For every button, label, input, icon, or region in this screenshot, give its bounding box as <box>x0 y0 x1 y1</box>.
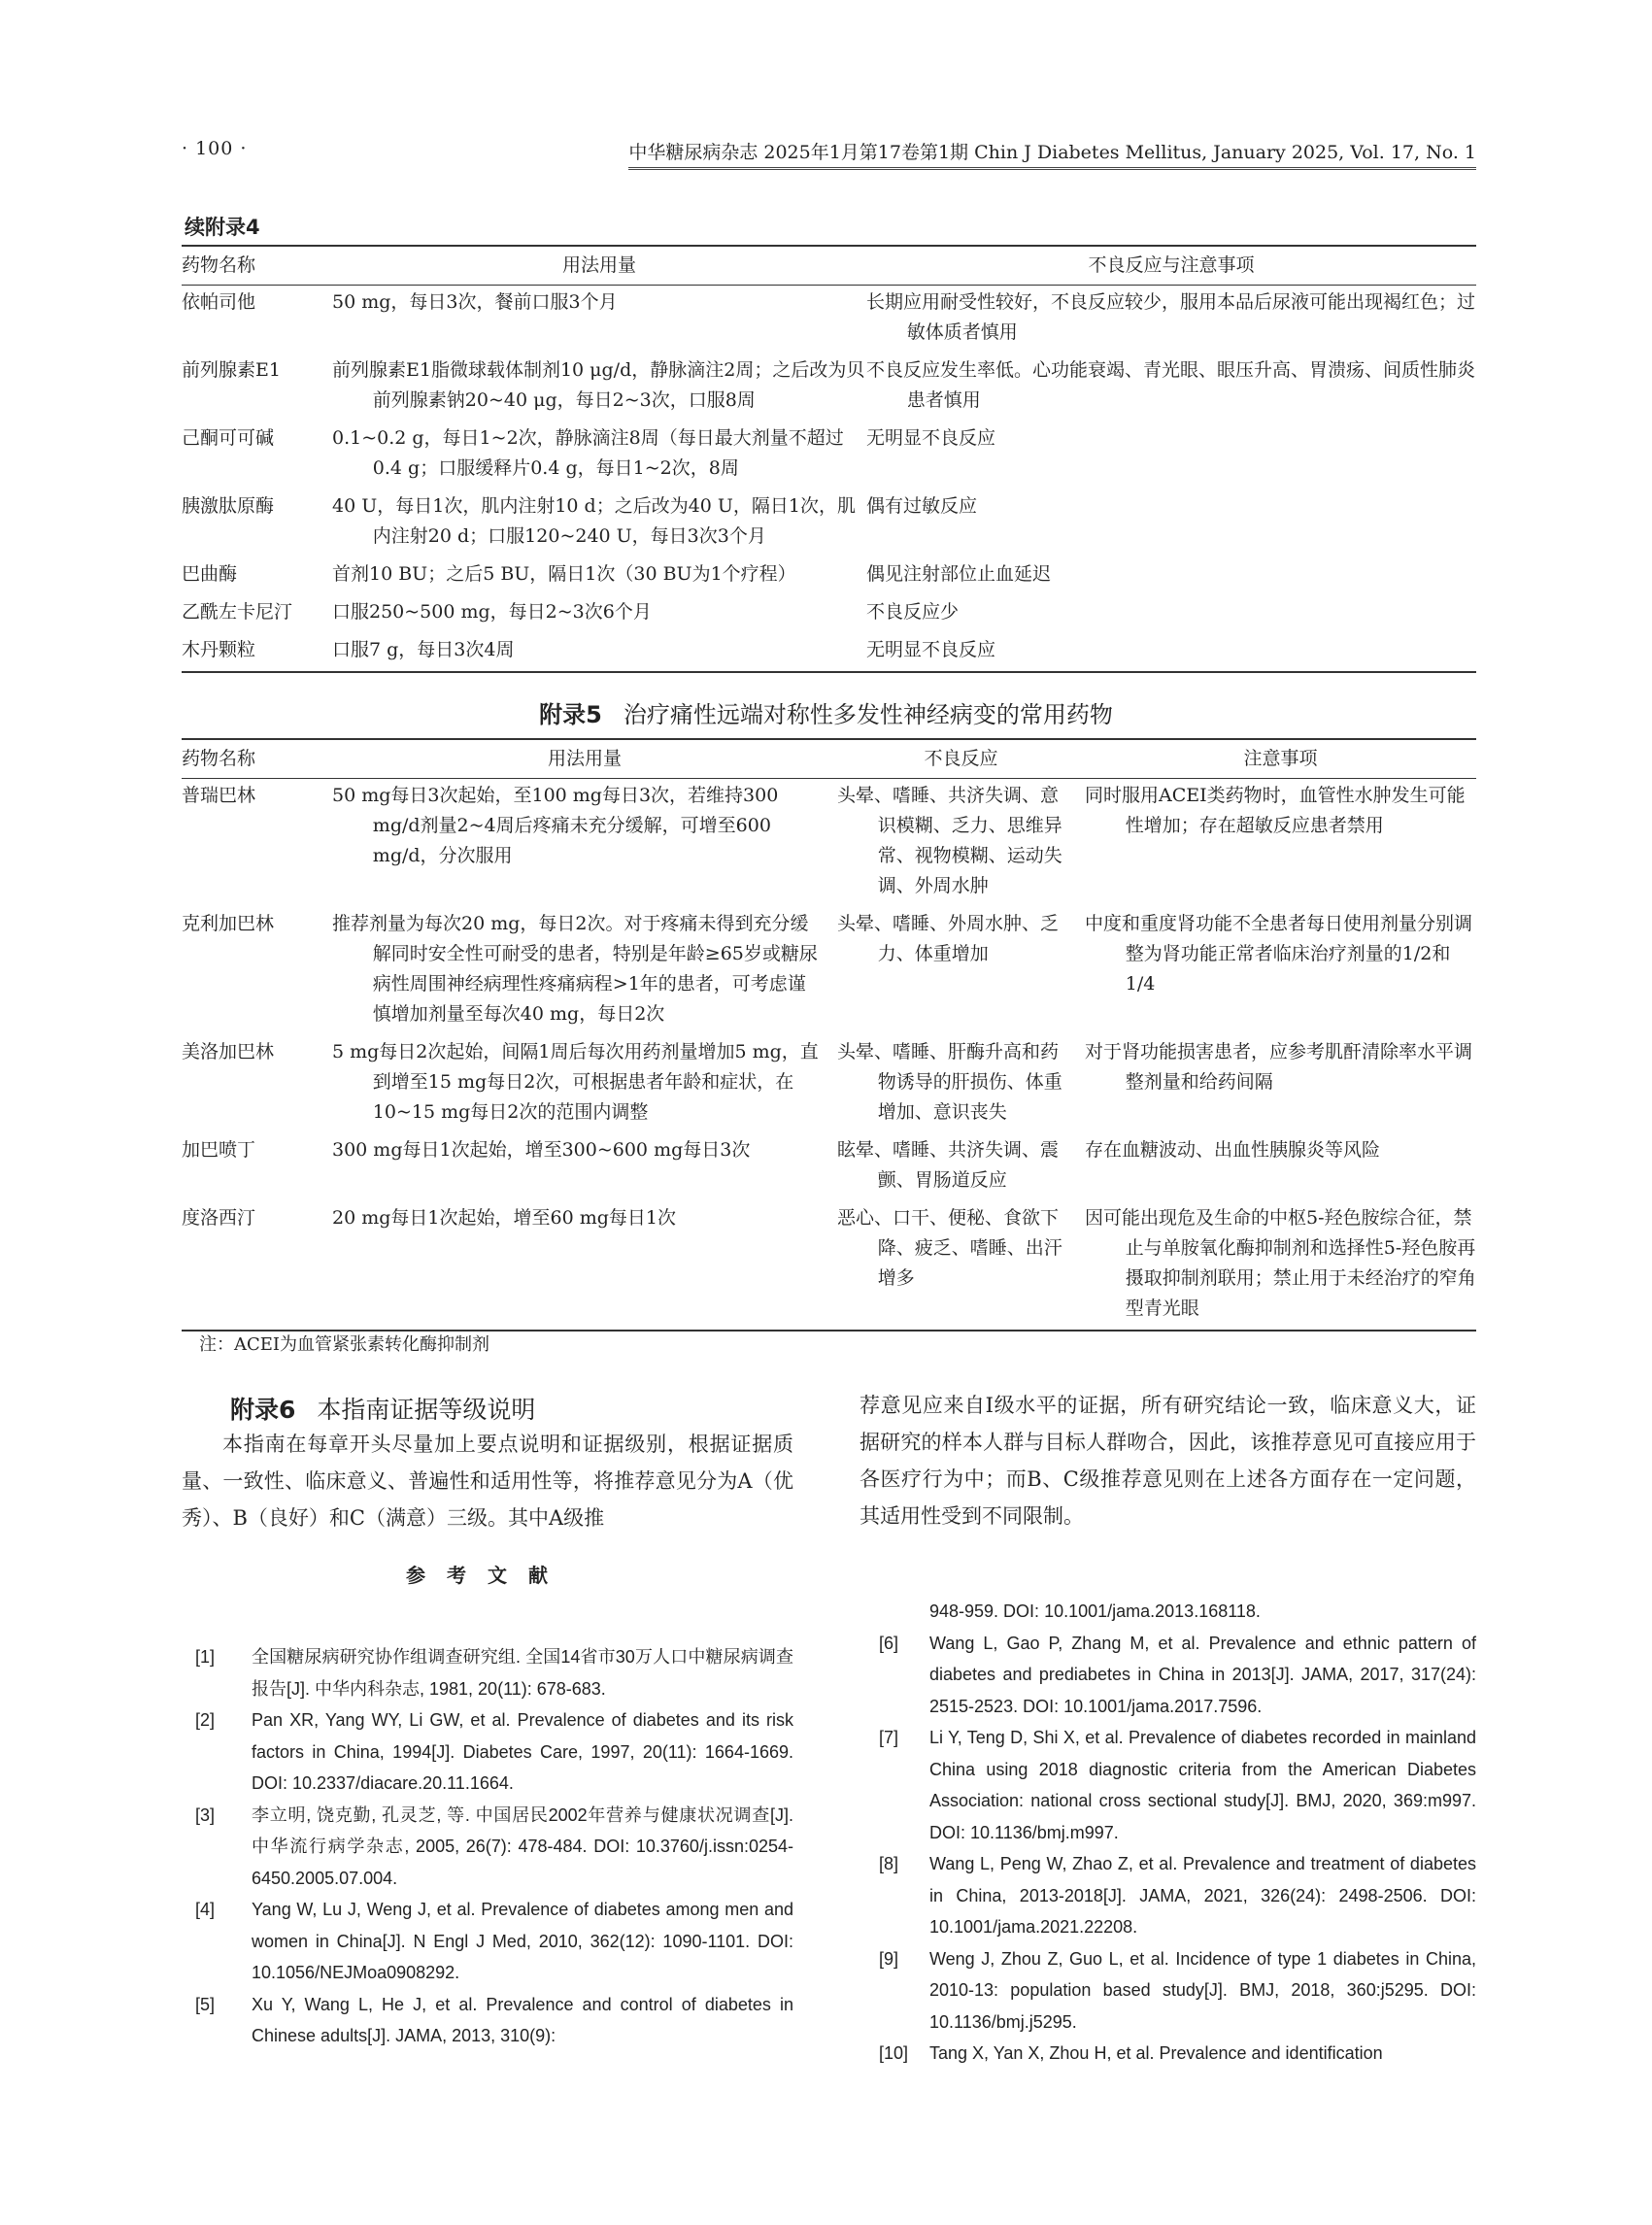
drug-name-cell-text: 胰激肽原酶 <box>182 491 322 522</box>
reference-item: [7]Li Y, Teng D, Shi X, et al. Prevalenc… <box>860 1722 1476 1848</box>
adverse-notes-cell: 不良反应少 <box>866 595 1476 633</box>
adverse-notes-cell-text: 偶有过敏反应 <box>866 491 1476 522</box>
table-row: 度洛西汀20 mg每日1次起始，增至60 mg每日1次恶心、口干、便秘、食欲下降… <box>182 1201 1476 1331</box>
table-row: 巴曲酶首剂10 BU；之后5 BU，隔日1次（30 BU为1个疗程）偶见注射部位… <box>182 557 1476 595</box>
drug-name-cell: 普瑞巴林 <box>182 779 332 908</box>
adverse-cell: 眩晕、嗜睡、共济失调、震颤、胃肠道反应 <box>837 1133 1085 1201</box>
appendix5-title: 治疗痛性远端对称性多发性神经病变的常用药物 <box>624 701 1113 728</box>
notes-cell-text: 对于肾功能损害患者，应参考肌酐清除率水平调整剂量和给药间隔 <box>1085 1037 1476 1097</box>
dosage-cell-text: 前列腺素E1脂微球载体制剂10 μg/d，静脉滴注2周；之后改为贝前列腺素钠20… <box>332 355 866 416</box>
reference-text: Wang L, Gao P, Zhang M, et al. Prevalenc… <box>929 1634 1476 1716</box>
dosage-cell: 20 mg每日1次起始，增至60 mg每日1次 <box>332 1201 837 1331</box>
notes-cell: 中度和重度肾功能不全患者每日使用剂量分别调整为肾功能正常者临床治疗剂量的1/2和… <box>1085 907 1476 1035</box>
drug-name-cell-text: 依帕司他 <box>182 287 322 318</box>
appendix5-caption: 附录5治疗痛性远端对称性多发性神经病变的常用药物 <box>0 695 1652 729</box>
adverse-cell-text: 眩晕、嗜睡、共济失调、震颤、胃肠道反应 <box>837 1135 1063 1196</box>
reference-number: [2] <box>195 1704 215 1736</box>
drug-name-cell: 木丹颗粒 <box>182 633 332 672</box>
references-left-column: [1]全国糖尿病研究协作组调查研究组. 全国14省市30万人口中糖尿病调查报告[… <box>182 1641 793 2052</box>
table-row: 美洛加巴林5 mg每日2次起始，间隔1周后每次用药剂量增加5 mg，直到增至15… <box>182 1035 1476 1133</box>
drug-name-cell: 前列腺素E1 <box>182 354 332 421</box>
reference-number: [10] <box>879 2038 908 2070</box>
appendix6-heading: 附录6本指南证据等级说明 <box>182 1391 842 1426</box>
table-row: 克利加巴林推荐剂量为每次20 mg，每日2次。对于疼痛未得到充分缓解同时安全性可… <box>182 907 1476 1035</box>
reference-number: [5] <box>195 1989 215 2021</box>
reference-number: [3] <box>195 1800 215 1832</box>
table-header-row: 药物名称 用法用量 不良反应 注意事项 <box>182 739 1476 779</box>
dosage-cell-text: 首剂10 BU；之后5 BU，隔日1次（30 BU为1个疗程） <box>332 559 866 590</box>
drug-name-cell: 己酮可可碱 <box>182 421 332 489</box>
adverse-cell-text: 头晕、嗜睡、共济失调、意识模糊、乏力、思维异常、视物模糊、运动失调、外周水肿 <box>837 781 1063 901</box>
dosage-cell: 0.1~0.2 g，每日1~2次，静脉滴注8周（每日最大剂量不超过0.4 g；口… <box>332 421 866 489</box>
reference-text: Tang X, Yan X, Zhou H, et al. Prevalence… <box>929 2043 1383 2063</box>
table-row: 己酮可可碱0.1~0.2 g，每日1~2次，静脉滴注8周（每日最大剂量不超过0.… <box>182 421 1476 489</box>
dosage-cell-text: 口服250~500 mg，每日2~3次6个月 <box>332 597 866 627</box>
reference-item: [5]Xu Y, Wang L, He J, et al. Prevalence… <box>182 1989 793 2052</box>
drug-name-cell: 胰激肽原酶 <box>182 489 332 557</box>
reference-item: [10]Tang X, Yan X, Zhou H, et al. Preval… <box>860 2038 1476 2070</box>
table-footnote: 注：ACEI为血管紧张素转化酶抑制剂 <box>199 1331 489 1356</box>
dosage-cell-text: 40 U，每日1次，肌内注射10 d；之后改为40 U，隔日1次，肌内注射20 … <box>332 491 866 552</box>
reference-number: [9] <box>879 1943 898 1975</box>
reference-item: [6]Wang L, Gao P, Zhang M, et al. Preval… <box>860 1628 1476 1723</box>
drug-name-cell: 巴曲酶 <box>182 557 332 595</box>
notes-cell-text: 中度和重度肾功能不全患者每日使用剂量分别调整为肾功能正常者临床治疗剂量的1/2和… <box>1085 909 1476 999</box>
reference-number: [1] <box>195 1641 215 1673</box>
reference-item: [9]Weng J, Zhou Z, Guo L, et al. Inciden… <box>860 1943 1476 2039</box>
dosage-cell: 口服250~500 mg，每日2~3次6个月 <box>332 595 866 633</box>
drug-name-cell-text: 度洛西汀 <box>182 1203 322 1233</box>
running-header: · 100 · 中华糖尿病杂志 2025年1月第17卷第1期 Chin J Di… <box>182 136 1476 165</box>
adverse-notes-cell-text: 不良反应少 <box>866 597 1476 627</box>
adverse-notes-cell-text: 长期应用耐受性较好，不良反应较少，服用本品后尿液可能出现褐红色；过敏体质者慎用 <box>866 287 1476 348</box>
col-drug-name: 药物名称 <box>182 246 332 286</box>
col-drug-name: 药物名称 <box>182 739 332 779</box>
dosage-cell: 前列腺素E1脂微球载体制剂10 μg/d，静脉滴注2周；之后改为贝前列腺素钠20… <box>332 354 866 421</box>
col-adverse-notes: 不良反应与注意事项 <box>866 246 1476 286</box>
adverse-cell: 头晕、嗜睡、肝酶升高和药物诱导的肝损伤、体重增加、意识丧失 <box>837 1035 1085 1133</box>
dosage-cell-text: 0.1~0.2 g，每日1~2次，静脉滴注8周（每日最大剂量不超过0.4 g；口… <box>332 423 866 484</box>
drug-name-cell-text: 美洛加巴林 <box>182 1037 322 1067</box>
notes-cell-text: 同时服用ACEI类药物时，血管性水肿发生可能性增加；存在超敏反应患者禁用 <box>1085 781 1476 841</box>
adverse-cell-text: 头晕、嗜睡、外周水肿、乏力、体重增加 <box>837 909 1063 969</box>
drug-name-cell: 乙酰左卡尼汀 <box>182 595 332 633</box>
adverse-cell: 头晕、嗜睡、共济失调、意识模糊、乏力、思维异常、视物模糊、运动失调、外周水肿 <box>837 779 1085 908</box>
reference-number: [4] <box>195 1894 215 1926</box>
notes-cell: 因可能出现危及生命的中枢5-羟色胺综合征，禁止与单胺氧化酶抑制剂和选择性5-羟色… <box>1085 1201 1476 1331</box>
appendix4-caption: 续附录4 <box>185 212 260 241</box>
appendix6-paragraph-left: 本指南在每章开头尽量加上要点说明和证据级别，根据证据质量、一致性、临床意义、普遍… <box>182 1426 793 1536</box>
drug-name-cell-text: 加巴喷丁 <box>182 1135 322 1165</box>
dosage-cell-text: 300 mg每日1次起始，增至300~600 mg每日3次 <box>332 1135 820 1165</box>
drug-name-cell: 美洛加巴林 <box>182 1035 332 1133</box>
reference-item: [3]李立明, 饶克勤, 孔灵芝, 等. 中国居民2002年营养与健康状况调查[… <box>182 1800 793 1895</box>
table-row: 乙酰左卡尼汀口服250~500 mg，每日2~3次6个月不良反应少 <box>182 595 1476 633</box>
table-row: 木丹颗粒口服7 g，每日3次4周无明显不良反应 <box>182 633 1476 672</box>
dosage-cell: 5 mg每日2次起始，间隔1周后每次用药剂量增加5 mg，直到增至15 mg每日… <box>332 1035 837 1133</box>
drug-name-cell-text: 木丹颗粒 <box>182 635 322 665</box>
reference-item: [2]Pan XR, Yang WY, Li GW, et al. Preval… <box>182 1704 793 1800</box>
adverse-notes-cell-text: 无明显不良反应 <box>866 423 1476 454</box>
appendix6-title: 本指南证据等级说明 <box>317 1396 535 1424</box>
dosage-cell: 首剂10 BU；之后5 BU，隔日1次（30 BU为1个疗程） <box>332 557 866 595</box>
table-row: 依帕司他50 mg，每日3次，餐前口服3个月长期应用耐受性较好，不良反应较少，服… <box>182 286 1476 354</box>
drug-name-cell: 克利加巴林 <box>182 907 332 1035</box>
dosage-cell-text: 50 mg，每日3次，餐前口服3个月 <box>332 287 866 318</box>
notes-cell: 同时服用ACEI类药物时，血管性水肿发生可能性增加；存在超敏反应患者禁用 <box>1085 779 1476 908</box>
table-header-row: 药物名称 用法用量 不良反应与注意事项 <box>182 246 1476 286</box>
table-row: 普瑞巴林50 mg每日3次起始，至100 mg每日3次，若维持300 mg/d剂… <box>182 779 1476 908</box>
drug-name-cell-text: 巴曲酶 <box>182 559 322 590</box>
adverse-cell-text: 头晕、嗜睡、肝酶升高和药物诱导的肝损伤、体重增加、意识丧失 <box>837 1037 1063 1128</box>
adverse-notes-cell-text: 不良反应发生率低。心功能衰竭、青光眼、眼压升高、胃溃疡、间质性肺炎患者慎用 <box>866 355 1476 416</box>
appendix5-label: 附录5 <box>539 701 602 728</box>
notes-cell: 对于肾功能损害患者，应参考肌酐清除率水平调整剂量和给药间隔 <box>1085 1035 1476 1133</box>
reference-text: Xu Y, Wang L, He J, et al. Prevalence an… <box>252 1995 793 2046</box>
col-adverse: 不良反应 <box>837 739 1085 779</box>
reference-number: [6] <box>879 1628 898 1660</box>
references-heading: 参考文献 <box>182 1560 793 1588</box>
drug-name-cell-text: 普瑞巴林 <box>182 781 322 811</box>
notes-cell-text: 因可能出现危及生命的中枢5-羟色胺综合征，禁止与单胺氧化酶抑制剂和选择性5-羟色… <box>1085 1203 1476 1324</box>
adverse-notes-cell: 偶见注射部位止血延迟 <box>866 557 1476 595</box>
table-row: 前列腺素E1前列腺素E1脂微球载体制剂10 μg/d，静脉滴注2周；之后改为贝前… <box>182 354 1476 421</box>
adverse-notes-cell: 不良反应发生率低。心功能衰竭、青光眼、眼压升高、胃溃疡、间质性肺炎患者慎用 <box>866 354 1476 421</box>
dosage-cell-text: 口服7 g，每日3次4周 <box>332 635 866 665</box>
adverse-notes-cell-text: 无明显不良反应 <box>866 635 1476 665</box>
reference-text: Weng J, Zhou Z, Guo L, et al. Incidence … <box>929 1949 1476 2032</box>
reference-number: [8] <box>879 1848 898 1880</box>
col-dosage: 用法用量 <box>332 739 837 779</box>
notes-cell-text: 存在血糖波动、出血性胰腺炎等风险 <box>1085 1135 1476 1165</box>
drug-name-cell: 依帕司他 <box>182 286 332 354</box>
drug-name-cell-text: 乙酰左卡尼汀 <box>182 597 322 627</box>
reference-text: Yang W, Lu J, Weng J, et al. Prevalence … <box>252 1900 793 1982</box>
adverse-notes-cell: 偶有过敏反应 <box>866 489 1476 557</box>
dosage-cell-text: 20 mg每日1次起始，增至60 mg每日1次 <box>332 1203 820 1233</box>
dosage-cell: 50 mg，每日3次，餐前口服3个月 <box>332 286 866 354</box>
adverse-notes-cell: 无明显不良反应 <box>866 421 1476 489</box>
reference-item: [8]Wang L, Peng W, Zhao Z, et al. Preval… <box>860 1848 1476 1943</box>
reference-item: [4]Yang W, Lu J, Weng J, et al. Prevalen… <box>182 1894 793 1989</box>
appendix6-paragraph-right: 荐意见应来自Ⅰ级水平的证据，所有研究结论一致，临床意义大，证据研究的样本人群与目… <box>860 1387 1476 1534</box>
drug-name-cell-text: 前列腺素E1 <box>182 355 322 386</box>
reference-text: Wang L, Peng W, Zhao Z, et al. Prevalenc… <box>929 1854 1476 1937</box>
drug-name-cell: 度洛西汀 <box>182 1201 332 1331</box>
reference-text: 李立明, 饶克勤, 孔灵芝, 等. 中国居民2002年营养与健康状况调查[J].… <box>252 1805 793 1888</box>
adverse-notes-cell: 无明显不良反应 <box>866 633 1476 672</box>
adverse-notes-cell: 长期应用耐受性较好，不良反应较少，服用本品后尿液可能出现褐红色；过敏体质者慎用 <box>866 286 1476 354</box>
dosage-cell-text: 5 mg每日2次起始，间隔1周后每次用药剂量增加5 mg，直到增至15 mg每日… <box>332 1037 820 1128</box>
col-dosage: 用法用量 <box>332 246 866 286</box>
reference-text: Li Y, Teng D, Shi X, et al. Prevalence o… <box>929 1728 1476 1842</box>
dosage-cell: 推荐剂量为每次20 mg，每日2次。对于疼痛未得到充分缓解同时安全性可耐受的患者… <box>332 907 837 1035</box>
dosage-cell: 40 U，每日1次，肌内注射10 d；之后改为40 U，隔日1次，肌内注射20 … <box>332 489 866 557</box>
table-row: 加巴喷丁300 mg每日1次起始，增至300~600 mg每日3次眩晕、嗜睡、共… <box>182 1133 1476 1201</box>
col-notes: 注意事项 <box>1085 739 1476 779</box>
adverse-notes-cell-text: 偶见注射部位止血延迟 <box>866 559 1476 590</box>
drug-name-cell-text: 克利加巴林 <box>182 909 322 939</box>
dosage-cell: 300 mg每日1次起始，增至300~600 mg每日3次 <box>332 1133 837 1201</box>
adverse-cell-text: 恶心、口干、便秘、食欲下降、疲乏、嗜睡、出汗增多 <box>837 1203 1063 1294</box>
notes-cell: 存在血糖波动、出血性胰腺炎等风险 <box>1085 1133 1476 1201</box>
drug-name-cell-text: 己酮可可碱 <box>182 423 322 454</box>
appendix6-label: 附录6 <box>230 1396 295 1424</box>
adverse-cell: 头晕、嗜睡、外周水肿、乏力、体重增加 <box>837 907 1085 1035</box>
page-number: · 100 · <box>182 138 247 159</box>
drug-name-cell: 加巴喷丁 <box>182 1133 332 1201</box>
dosage-cell-text: 50 mg每日3次起始，至100 mg每日3次，若维持300 mg/d剂量2~4… <box>332 781 820 871</box>
dosage-cell-text: 推荐剂量为每次20 mg，每日2次。对于疼痛未得到充分缓解同时安全性可耐受的患者… <box>332 909 820 1029</box>
appendix4-table: 药物名称 用法用量 不良反应与注意事项 依帕司他50 mg，每日3次，餐前口服3… <box>182 245 1476 673</box>
dosage-cell: 50 mg每日3次起始，至100 mg每日3次，若维持300 mg/d剂量2~4… <box>332 779 837 908</box>
references-right-column: 948-959. DOI: 10.1001/jama.2013.168118. … <box>860 1596 1476 2070</box>
reference-number: [7] <box>879 1722 898 1754</box>
reference-item: [1]全国糖尿病研究协作组调查研究组. 全国14省市30万人口中糖尿病调查报告[… <box>182 1641 793 1704</box>
appendix5-table: 药物名称 用法用量 不良反应 注意事项 普瑞巴林50 mg每日3次起始，至100… <box>182 738 1476 1332</box>
reference-continuation: 948-959. DOI: 10.1001/jama.2013.168118. <box>860 1596 1476 1628</box>
reference-text: 全国糖尿病研究协作组调查研究组. 全国14省市30万人口中糖尿病调查报告[J].… <box>252 1647 793 1699</box>
reference-text: Pan XR, Yang WY, Li GW, et al. Prevalenc… <box>252 1710 793 1793</box>
dosage-cell: 口服7 g，每日3次4周 <box>332 633 866 672</box>
adverse-cell: 恶心、口干、便秘、食欲下降、疲乏、嗜睡、出汗增多 <box>837 1201 1085 1331</box>
table-row: 胰激肽原酶40 U，每日1次，肌内注射10 d；之后改为40 U，隔日1次，肌内… <box>182 489 1476 557</box>
journal-citation: 中华糖尿病杂志 2025年1月第17卷第1期 Chin J Diabetes M… <box>628 138 1476 170</box>
